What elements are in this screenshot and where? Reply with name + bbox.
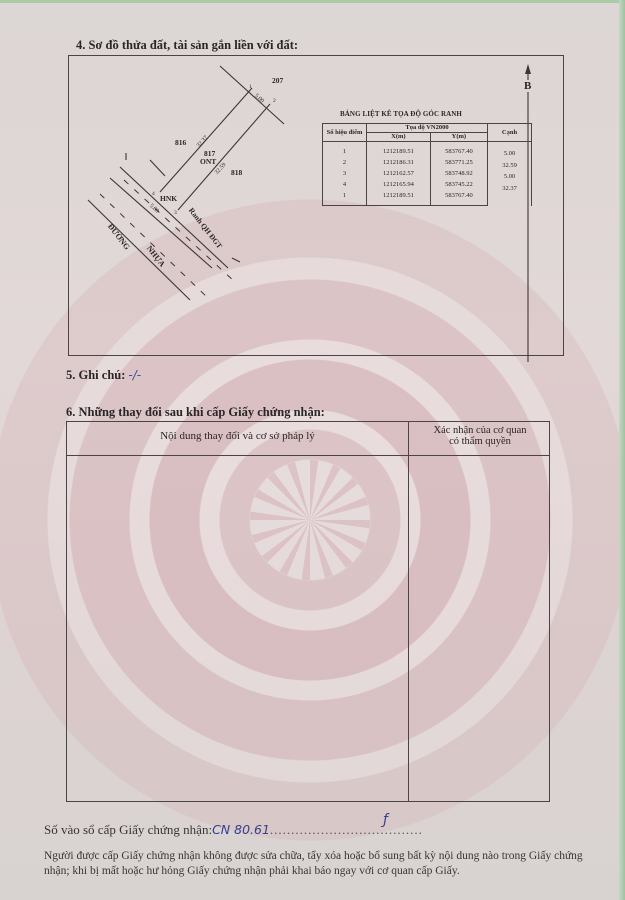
registry-dots: .................................... (270, 822, 423, 837)
col-y: Y(m) (430, 133, 487, 142)
plot-vertex-1: 1 (249, 84, 252, 90)
col-point: Số hiệu điểm (323, 124, 367, 142)
plot-label-ont: ONT (200, 157, 216, 166)
col-group: Tọa độ VN2000 (367, 124, 488, 133)
plot-vertex-2: 2 (273, 98, 276, 104)
changes-table: Nội dung thay đổi và cơ sở pháp lý Xác n… (66, 421, 550, 802)
column-header-confirmation: Xác nhận của cơ quan có thẩm quyền (409, 425, 551, 447)
header-divider (67, 455, 549, 456)
plot-vertex-3: 3 (174, 210, 177, 216)
table-row: 1 1212189.51 583767.40 5.00 32.59 5.00 3… (323, 142, 532, 158)
registry-number-line: Số vào sổ cấp Giấy chứng nhận:CN 80.61..… (44, 822, 423, 838)
plot-label-818: 818 (231, 168, 242, 177)
section-5-title: 5. Ghi chú:-/- (66, 368, 141, 383)
signature-mark: ƒ (383, 812, 388, 828)
plot-label-207: 207 (272, 76, 283, 85)
col-edge: Cạnh (488, 124, 532, 142)
edge-list-cell: 5.00 32.59 5.00 32.37 (488, 142, 532, 206)
plot-vertex-4: 4 (152, 191, 155, 197)
coordinate-table-title: BẢNG LIỆT KÊ TỌA ĐỘ GÓC RANH (340, 110, 462, 118)
plot-label-hnk: HNK (160, 194, 177, 203)
plot-label-816: 816 (175, 138, 186, 147)
coordinate-table: Số hiệu điểm Tọa độ VN2000 Cạnh X(m) Y(m… (322, 123, 532, 206)
column-divider (408, 422, 409, 801)
legal-notice: Người được cấp Giấy chứng nhận không đượ… (44, 849, 584, 879)
north-label: B (524, 80, 531, 92)
note-handwritten: -/- (128, 368, 141, 382)
col-x: X(m) (367, 133, 431, 142)
section-6-title: 6. Những thay đổi sau khi cấp Giấy chứng… (66, 405, 325, 420)
north-arrow-icon (518, 62, 538, 372)
registry-number: CN 80.61 (212, 822, 270, 837)
registry-label: Số vào sổ cấp Giấy chứng nhận: (44, 822, 212, 837)
column-header-content: Nội dung thay đổi và cơ sở pháp lý (67, 430, 408, 442)
